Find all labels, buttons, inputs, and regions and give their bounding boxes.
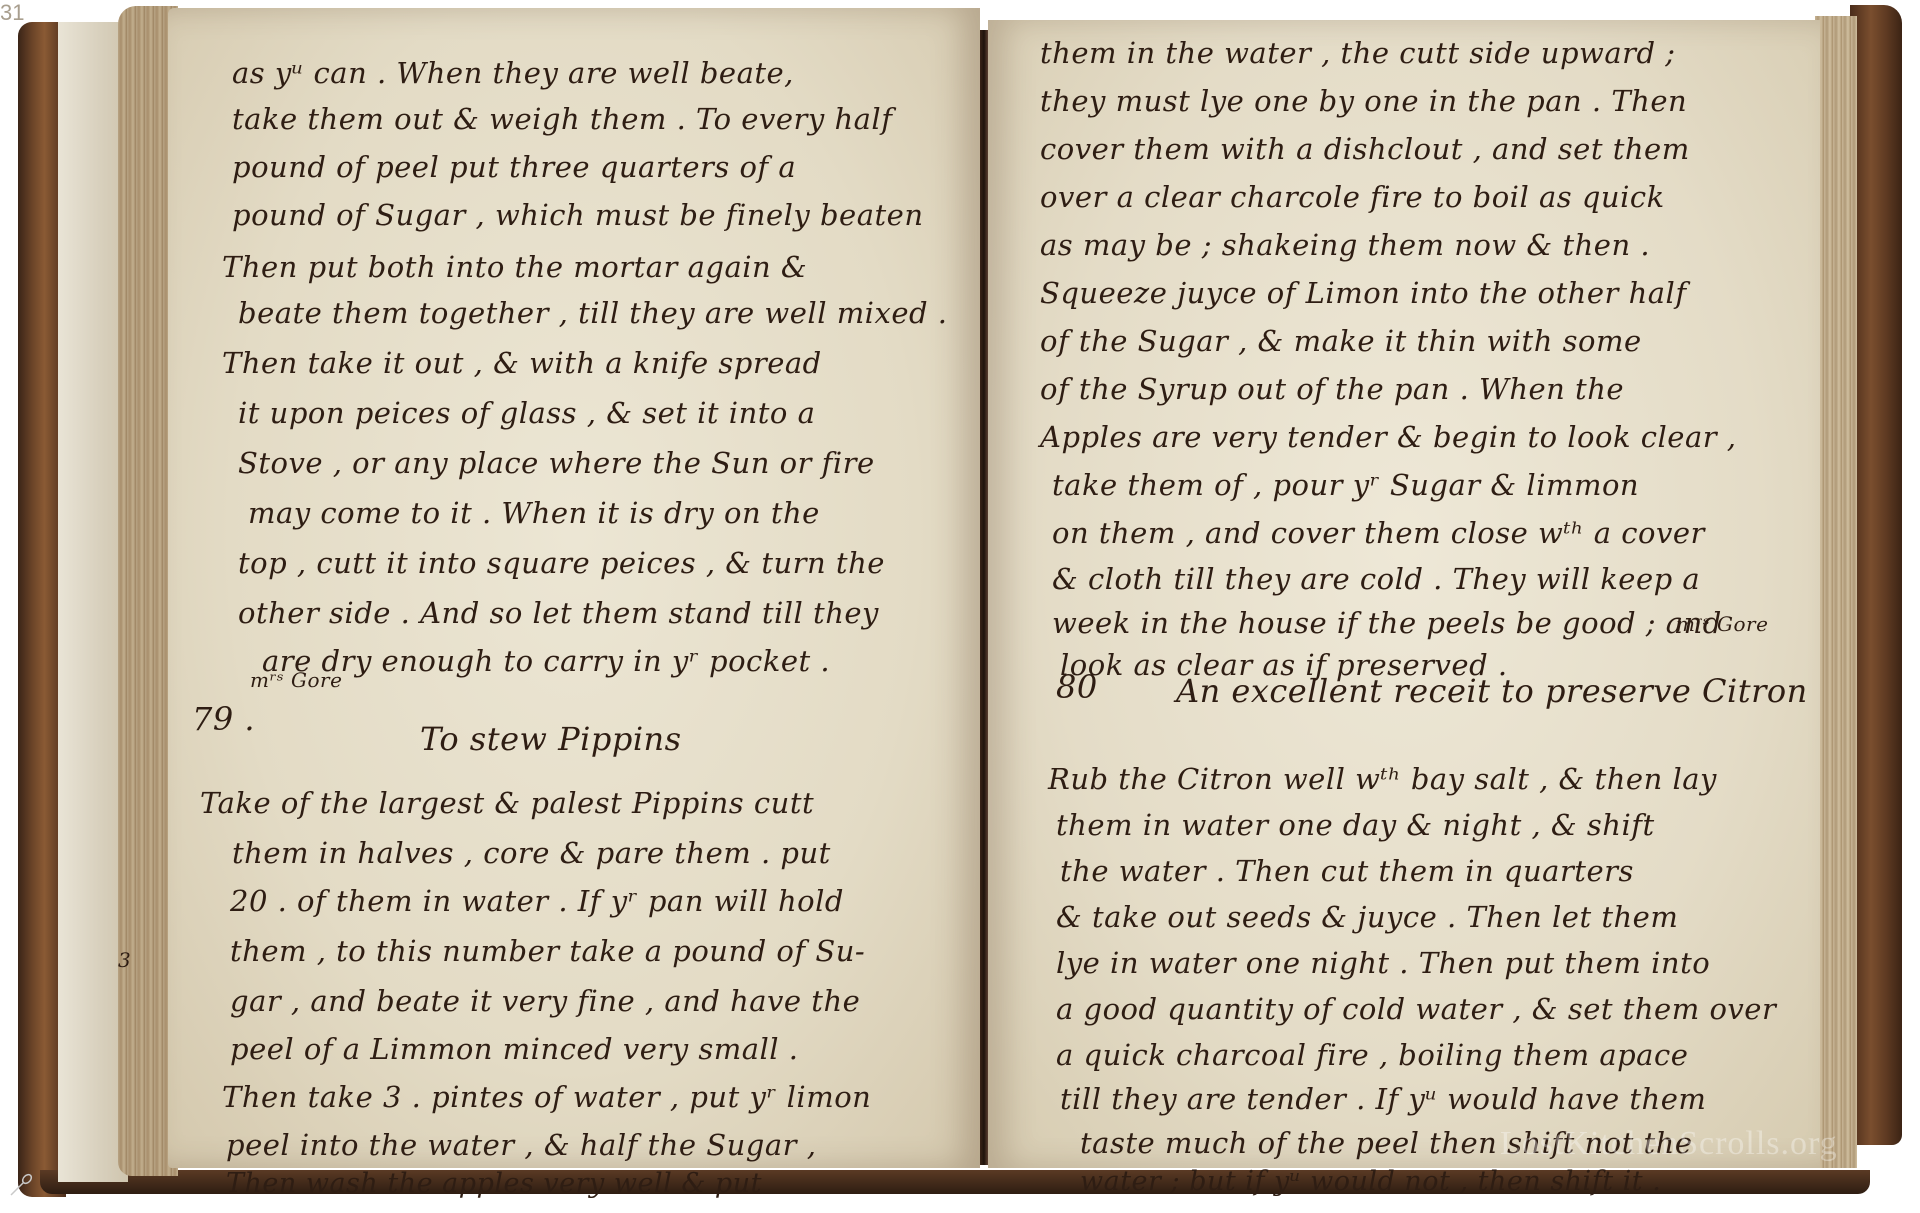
text-line: till they are tender . If yᵘ would have … — [1060, 1082, 1706, 1116]
text-line: Then take 3 . pintes of water , put yʳ l… — [222, 1080, 871, 1114]
text-line: take them out & weigh them . To every ha… — [232, 102, 892, 136]
text-line: of the Syrup out of the pan . When the — [1040, 372, 1624, 406]
text-line: on them , and cover them close wᵗʰ a cov… — [1052, 516, 1705, 550]
text-line: & take out seeds & juyce . Then let them — [1056, 900, 1678, 934]
text-line: a quick charcoal fire , boiling them apa… — [1056, 1038, 1688, 1072]
text-line: they must lye one by one in the pan . Th… — [1040, 84, 1687, 118]
text-line: them in water one day & night , & shift — [1056, 808, 1655, 842]
text-line: take them of , pour yʳ Sugar & limmon — [1052, 468, 1639, 502]
text-line: a good quantity of cold water , & set th… — [1056, 992, 1776, 1026]
margin-mark: 3 — [118, 948, 131, 972]
text-line: it upon peices of glass , & set it into … — [238, 396, 815, 430]
text-line: lye in water one night . Then put them i… — [1056, 946, 1710, 980]
text-line: as yᵘ can . When they are well beate, — [232, 56, 794, 90]
spoon-icon — [8, 1172, 34, 1198]
text-line: & cloth till they are cold . They will k… — [1052, 562, 1700, 596]
text-line: Squeeze juyce of Limon into the other ha… — [1040, 276, 1687, 310]
text-line: beate them together , till they are well… — [238, 296, 947, 330]
text-line: peel into the water , & half the Sugar , — [226, 1128, 816, 1162]
text-line: them in halves , core & pare them . put — [232, 836, 831, 870]
text-line: Apples are very tender & begin to look c… — [1040, 420, 1737, 454]
book-gutter — [980, 30, 988, 1165]
recipe-number: 80 — [1056, 668, 1098, 706]
text-line: Then put both into the mortar again & — [222, 250, 807, 284]
recipe-number: 79 . — [192, 700, 255, 738]
leather-cover-right — [1850, 5, 1902, 1145]
text-line: 20 . of them in water . If yʳ pan will h… — [230, 884, 844, 918]
text-line: Then wash the apples very well & put — [226, 1168, 762, 1199]
text-line: as may be ; shakeing them now & then . — [1040, 228, 1650, 262]
text-line: week in the house if the peels be good ;… — [1052, 606, 1722, 640]
text-line: of the Sugar , & make it thin with some — [1040, 324, 1642, 358]
text-line: the water . Then cut them in quarters — [1060, 854, 1634, 888]
text-line: Then take it out , & with a knife spread — [222, 346, 822, 380]
text-line: may come to it . When it is dry on the — [248, 496, 820, 530]
text-line: are dry enough to carry in yʳ pocket . — [262, 644, 830, 678]
text-line: them , to this number take a pound of Su… — [230, 934, 865, 968]
page-edges-right — [1815, 16, 1857, 1168]
text-line: them in the water , the cutt side upward… — [1040, 36, 1676, 70]
text-line: top , cutt it into square peices , & tur… — [238, 546, 885, 580]
text-line: Rub the Citron well wᵗʰ bay salt , & the… — [1048, 762, 1717, 796]
text-line: pound of Sugar , which must be finely be… — [232, 198, 924, 232]
text-line: cover them with a dishclout , and set th… — [1040, 132, 1690, 166]
text-line: water ; but if yᵘ would not , then shift… — [1080, 1166, 1661, 1197]
text-line: over a clear charcole fire to boil as qu… — [1040, 180, 1665, 214]
text-line: peel of a Limmon minced very small . — [230, 1032, 799, 1066]
text-line: gar , and beate it very fine , and have … — [230, 984, 860, 1018]
recipe-title: An excellent receit to preserve Citron — [1176, 672, 1808, 710]
recipe-attribution: mʳˢ Gore — [250, 668, 342, 692]
text-line: pound of peel put three quarters of a — [232, 150, 796, 184]
watermark-text: LostKitchenScrolls.org — [1500, 1125, 1838, 1163]
recipe-attribution: mʳˢ Gore — [1676, 612, 1768, 636]
text-line: Take of the largest & palest Pippins cut… — [200, 786, 814, 820]
recipe-title: To stew Pippins — [420, 720, 682, 758]
text-line: Stove , or any place where the Sun or fi… — [238, 446, 875, 480]
text-line: other side . And so let them stand till … — [238, 596, 879, 630]
